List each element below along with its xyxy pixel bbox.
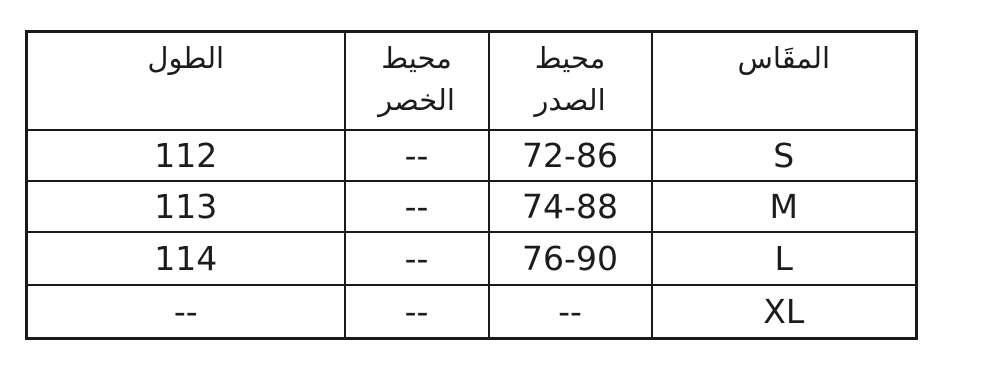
page: المقَاس محيط الصدر محيط الخصر الطول S 72… <box>0 0 1000 388</box>
cell-chest: -- <box>489 285 652 339</box>
cell-length: -- <box>27 285 345 339</box>
cell-size: XL <box>652 285 917 339</box>
size-chart-table: المقَاس محيط الصدر محيط الخصر الطول S 72… <box>25 30 918 340</box>
table-row-size-s: S 72-86 -- 112 <box>27 130 917 181</box>
cell-size: L <box>652 232 917 285</box>
header-size: المقَاس <box>652 32 917 131</box>
header-waist-circumference: محيط الخصر <box>345 32 489 131</box>
table-row-size-l: L 76-90 -- 114 <box>27 232 917 285</box>
cell-length: 112 <box>27 130 345 181</box>
table-body: S 72-86 -- 112 M 74-88 -- 113 L 76-90 --… <box>27 130 917 339</box>
cell-waist: -- <box>345 285 489 339</box>
cell-length: 114 <box>27 232 345 285</box>
cell-chest: 72-86 <box>489 130 652 181</box>
cell-waist: -- <box>345 181 489 232</box>
cell-waist: -- <box>345 232 489 285</box>
header-chest-circumference: محيط الصدر <box>489 32 652 131</box>
cell-length: 113 <box>27 181 345 232</box>
cell-chest: 76-90 <box>489 232 652 285</box>
table-row-size-xl: XL -- -- -- <box>27 285 917 339</box>
table-row-size-m: M 74-88 -- 113 <box>27 181 917 232</box>
cell-size: M <box>652 181 917 232</box>
header-row: المقَاس محيط الصدر محيط الخصر الطول <box>27 32 917 131</box>
table-header: المقَاس محيط الصدر محيط الخصر الطول <box>27 32 917 131</box>
cell-chest: 74-88 <box>489 181 652 232</box>
cell-waist: -- <box>345 130 489 181</box>
cell-size: S <box>652 130 917 181</box>
header-length: الطول <box>27 32 345 131</box>
